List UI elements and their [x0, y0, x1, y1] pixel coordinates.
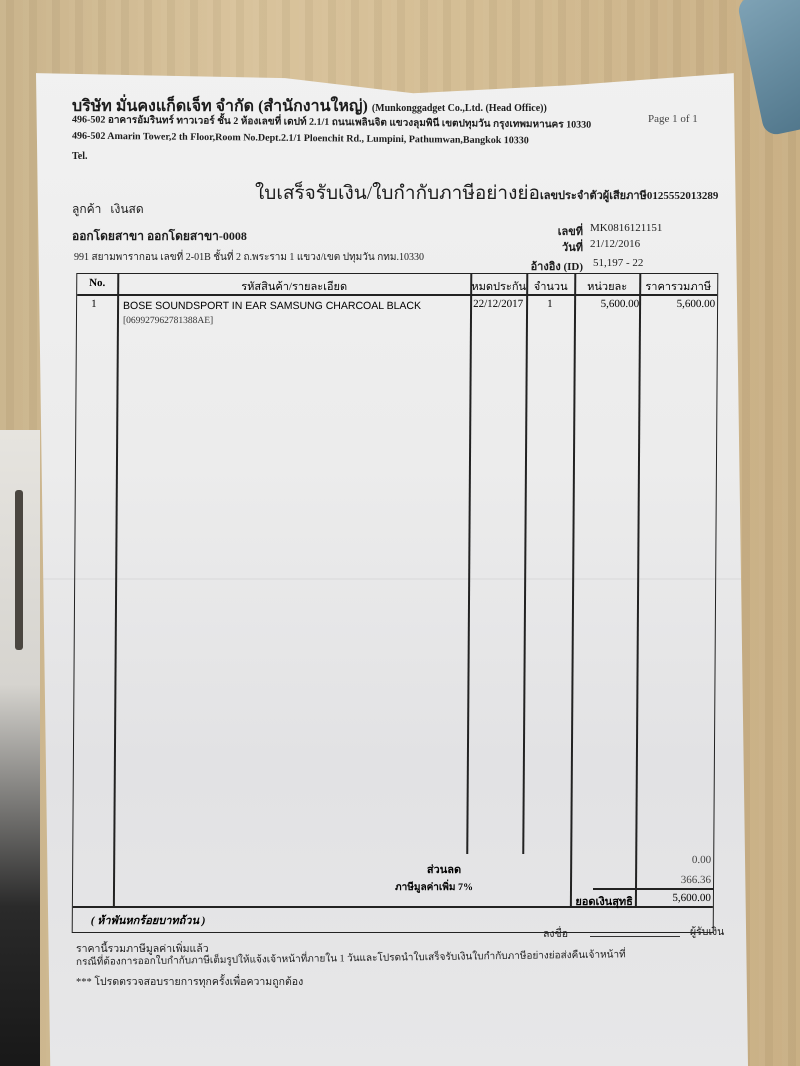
row-qty: 1 [547, 298, 553, 310]
items-table: No. รหัสสินค้า/รายละเอียด หมดประกัน จำนว… [72, 273, 719, 933]
vat-value: 366.36 [638, 874, 711, 886]
col-header-warranty: หมดประกัน [471, 277, 526, 295]
col-header-qty: จำนวน [527, 277, 574, 295]
net-total-label: ยอดเงินสุทธิ [571, 892, 633, 910]
document-title: ใบเสร็จรับเงิน/ใบกำกับภาษีอย่างย่อ [255, 178, 540, 208]
col-header-unit-price: หน่วยละ [575, 277, 639, 295]
branch-address: 991 สยามพารากอน เลขที่ 2-01B ชั้นที่ 2 ถ… [74, 250, 424, 265]
doc-date: 21/12/2016 [590, 238, 640, 250]
ref-id: 51,197 - 22 [593, 257, 643, 269]
signature-line [590, 936, 680, 937]
net-total-value: 5,600.00 [638, 892, 711, 904]
customer: ลูกค้า เงินสด [72, 200, 144, 219]
discount-value: 0.00 [638, 854, 711, 866]
row-total: 5,600.00 [642, 298, 715, 310]
col-header-no: No. [77, 277, 117, 289]
doc-date-label: วันที่ [523, 238, 583, 256]
page-indicator: Page 1 of 1 [648, 113, 698, 125]
row-unit-price: 5,600.00 [577, 298, 639, 310]
row-no: 1 [91, 298, 97, 310]
issuing-branch: ออกโดยสาขา ออกโดยสาขา-0008 [72, 227, 247, 246]
note-check-items: *** โปรดตรวจสอบรายการทุกครั้งเพื่อความถู… [76, 973, 303, 990]
col-header-description: รหัสสินค้า/รายละเอียด [119, 277, 469, 295]
company-name-en: (Munkonggadget Co.,Ltd. (Head Office)) [372, 103, 547, 114]
amount-in-words: ( ห้าพันหกร้อยบาทถ้วน ) [91, 911, 206, 929]
tax-id: เลขประจำตัวผู้เสียภาษี0125552013289 [540, 186, 718, 204]
row-warranty-end: 22/12/2017 [473, 298, 523, 310]
sign-label: ลงชื่อ [543, 925, 568, 942]
row-description: BOSE SOUNDSPORT IN EAR SAMSUNG CHARCOAL … [123, 300, 421, 312]
doc-number: MK0816121151 [590, 222, 662, 234]
discount-label: ส่วนลด [373, 860, 461, 878]
col-header-total: ราคารวมภาษี [640, 277, 716, 295]
row-serial: [069927962781388AE] [123, 316, 213, 326]
company-tel: Tel. [72, 151, 87, 162]
receiver-label: ผู้รับเงิน [690, 923, 724, 940]
left-objects [0, 430, 40, 1066]
vat-label: ภาษีมูลค่าเพิ่ม 7% [333, 880, 473, 895]
